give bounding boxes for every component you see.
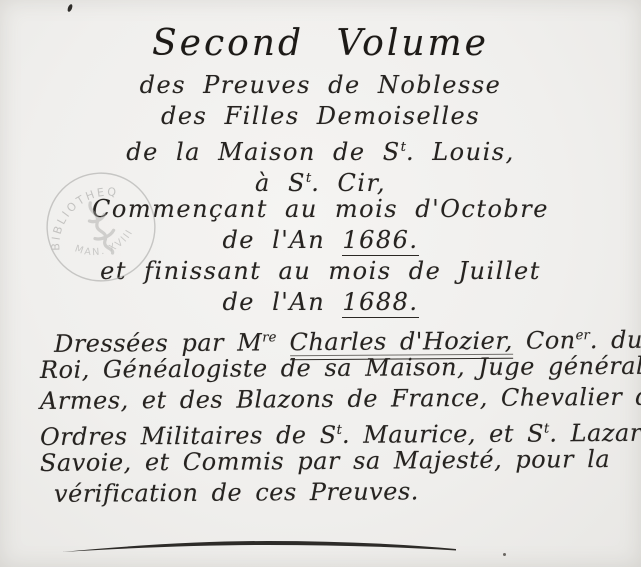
text-segment: . Louis,: [406, 138, 515, 166]
text-segment: Roi, Généalogiste de sa Maison, Juge gén…: [40, 351, 641, 384]
body-line-ordres: Ordres Militaires de St. Maurice, et St.…: [40, 413, 631, 448]
title-block: Second Volume des Preuves de Noblesse de…: [0, 0, 641, 318]
body-line-dressees: Dressées par Mre Charles d'Hozier, Coner…: [40, 320, 631, 355]
body-line-armes: Armes, et des Blazons de France, Chevali…: [40, 382, 631, 417]
text-segment: de la Maison de S: [126, 138, 400, 166]
text-segment: vérification de ces Preuves.: [54, 477, 419, 508]
title-line-filles: des Filles Demoiselles: [0, 101, 641, 132]
title-line-maison: de la Maison de St. Louis,: [0, 132, 641, 163]
superscript-text: re: [262, 330, 276, 345]
body-line-roi: Roi, Généalogiste de sa Maison, Juge gén…: [40, 351, 631, 386]
text-segment: des Preuves de Noblesse: [140, 71, 502, 99]
text-segment: . Cir,: [311, 169, 386, 197]
text-segment: Savoie, et Commis par sa Majesté, pour l…: [40, 445, 610, 477]
title-line-commencant: Commençant au mois d'Octobre: [0, 194, 641, 225]
underlined-text: 1688.: [342, 288, 418, 318]
title-line-finissant: et finissant au mois de Juillet: [0, 256, 641, 287]
title-line-preuves: des Preuves de Noblesse: [0, 70, 641, 101]
body-line-verification: vérification de ces Preuves.: [40, 475, 631, 510]
text-segment: à S: [255, 169, 306, 197]
title-line-an-1688: de l'An 1688.: [0, 287, 641, 318]
text-segment: Second Volume: [152, 23, 489, 64]
title-line-second-volume: Second Volume: [0, 18, 641, 70]
flourish-line: [62, 541, 456, 552]
text-segment: de l'An: [222, 288, 342, 316]
text-segment: [276, 328, 289, 356]
text-segment: Armes, et des Blazons de France, Chevali…: [40, 383, 641, 415]
superscript-text: er: [576, 328, 590, 343]
body-line-savoie: Savoie, et Commis par sa Majesté, pour l…: [40, 444, 631, 479]
text-segment: des Filles Demoiselles: [161, 102, 480, 130]
attribution-block: Dressées par Mre Charles d'Hozier, Coner…: [0, 318, 641, 510]
underlined-text: 1686.: [342, 226, 418, 256]
title-line-an-1686: de l'An 1686.: [0, 225, 641, 256]
text-segment: . du: [590, 326, 641, 354]
text-segment: et finissant au mois de Juillet: [100, 257, 541, 285]
flourish-rule: [58, 536, 460, 558]
text-segment: Commençant au mois d'Octobre: [92, 195, 549, 223]
text-segment: de l'An: [222, 226, 342, 254]
manuscript-page: BIBLIOTHEQ MAN. XVIII Second Volume des …: [0, 0, 641, 567]
ink-speck: [503, 553, 506, 556]
title-line-st-cir: à St. Cir,: [0, 163, 641, 194]
